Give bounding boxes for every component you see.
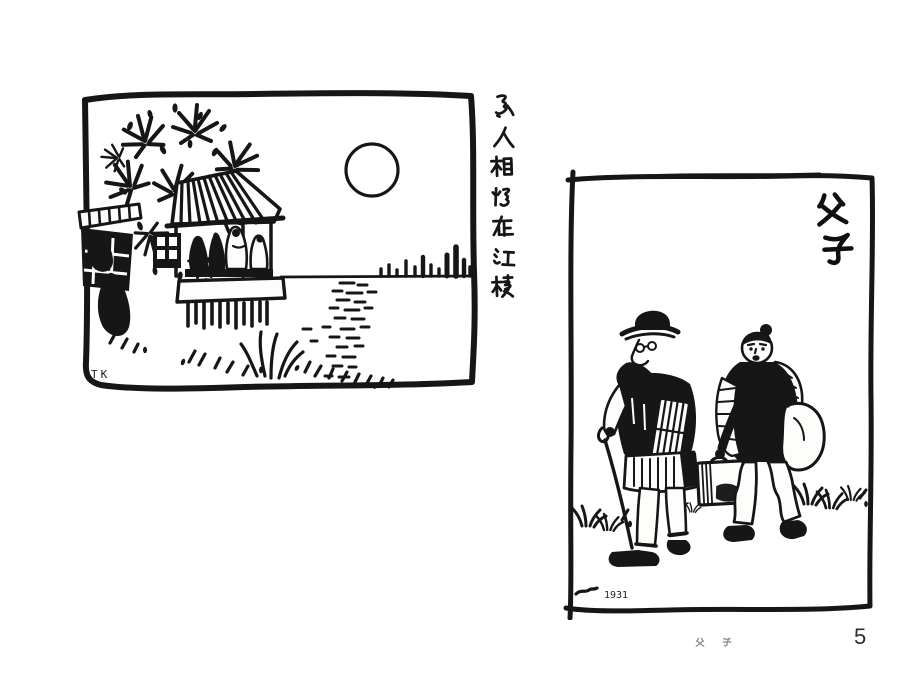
left-artwork-calligraphy: 几人相忆在江楼 [483, 92, 525, 310]
shoe [609, 550, 660, 567]
svg-text:1931: 1931 [604, 590, 628, 601]
trouser-leg [637, 488, 659, 545]
pavilion-figures [189, 227, 267, 269]
shoe [667, 540, 691, 555]
riverside-pavilion-drawing: TK [75, 86, 481, 400]
father-figure [598, 311, 699, 567]
glasses [636, 342, 656, 352]
caption-calligraphy: 父 子 [694, 636, 744, 650]
father-and-son-drawing: 父子 [560, 168, 880, 620]
title-calligraphy [817, 194, 852, 264]
distant-shore [381, 247, 470, 276]
moon-reflection [303, 283, 376, 386]
mouth [752, 355, 759, 361]
artist-signature: 1931 [576, 588, 628, 601]
horizon-line [281, 276, 473, 277]
shoe [723, 525, 755, 542]
shoe [780, 520, 807, 539]
son-figure [697, 324, 824, 542]
foreground-grass [110, 332, 393, 387]
artist-signature: TK [91, 368, 110, 381]
moon-icon [346, 144, 398, 196]
drawing-frame-left-edge [570, 172, 573, 618]
trouser-leg [666, 488, 686, 536]
presentation-slide: TK 几人相忆在江楼 父子 [0, 0, 920, 690]
page-number: 5 [854, 624, 866, 650]
